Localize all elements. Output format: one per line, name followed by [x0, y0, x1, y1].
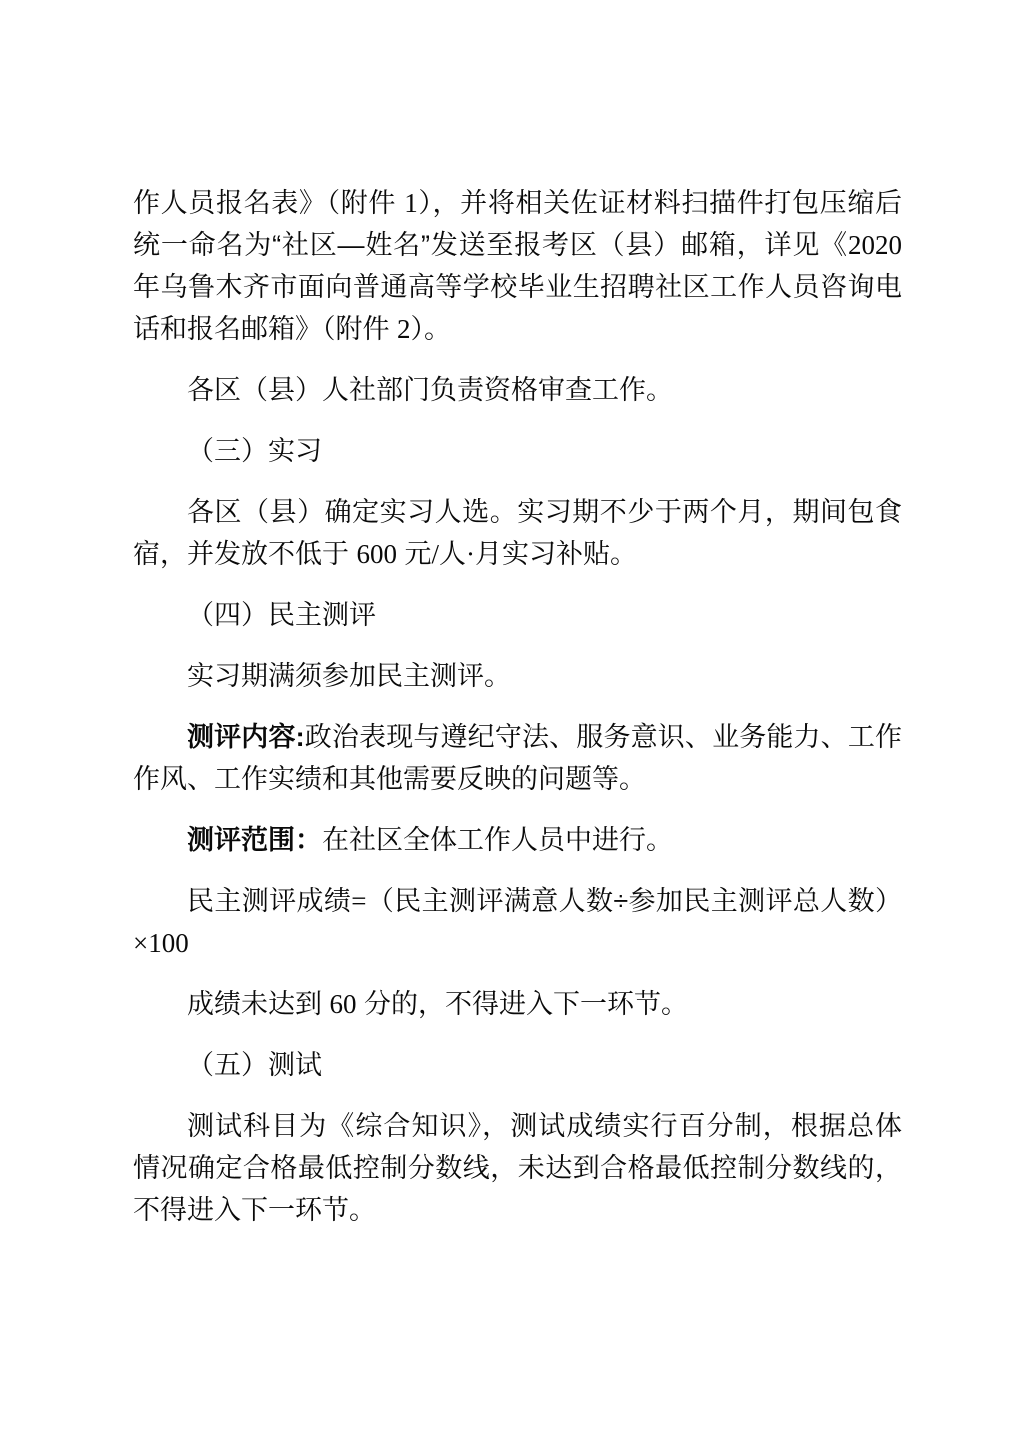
paragraph: 测评内容:政治表现与遵纪守法、服务意识、业务能力、工作作风、工作实绩和其他需要反… [133, 716, 902, 800]
text-run: 测试科目为《综合知识》，测试成绩实行百分制，根据总体情况确定合格最低控制分数线，… [133, 1111, 902, 1225]
text-run: 作人员报名表》（附件 1），并将相关佐证材料扫描件打包压缩后统一命名为“社区—姓… [133, 188, 902, 344]
document-body: 作人员报名表》（附件 1），并将相关佐证材料扫描件打包压缩后统一命名为“社区—姓… [133, 182, 902, 1231]
latin-text: 600 [357, 539, 398, 569]
latin-text: ×100 [133, 928, 189, 958]
latin-text: 1 [404, 188, 418, 218]
bold-label: 测评内容: [187, 722, 305, 752]
latin-text: · [466, 539, 475, 569]
paragraph: 测试科目为《综合知识》，测试成绩实行百分制，根据总体情况确定合格最低控制分数线，… [133, 1105, 902, 1231]
paragraph: 作人员报名表》（附件 1），并将相关佐证材料扫描件打包压缩后统一命名为“社区—姓… [133, 182, 902, 350]
paragraph: （五）测试 [133, 1044, 902, 1086]
text-run: 民主测评成绩=（民主测评满意人数÷参加民主测评总人数）×100 [133, 886, 902, 958]
text-run: （五）测试 [187, 1050, 322, 1080]
bold-label: 测评范围： [187, 825, 322, 855]
text-run: 各区（县）人社部门负责资格审查工作。 [187, 375, 673, 405]
paragraph: 测评范围：在社区全体工作人员中进行。 [133, 819, 902, 861]
paragraph: 各区（县）人社部门负责资格审查工作。 [133, 369, 902, 411]
text-run: （四）民主测评 [187, 600, 376, 630]
paragraph: 成绩未达到 60 分的，不得进入下一环节。 [133, 983, 902, 1025]
latin-text: 60 [330, 989, 357, 1019]
paragraph: 实习期满须参加民主测评。 [133, 655, 902, 697]
text-run: （三）实习 [187, 436, 322, 466]
latin-text: 2020 [848, 230, 902, 260]
latin-text: = [351, 886, 366, 916]
document-page: 作人员报名表》（附件 1），并将相关佐证材料扫描件打包压缩后统一命名为“社区—姓… [0, 0, 1024, 1448]
paragraph: 各区（县）确定实习人选。实习期不少于两个月，期间包食宿，并发放不低于 600 元… [133, 491, 902, 575]
text-run: 在社区全体工作人员中进行。 [322, 825, 673, 855]
paragraph: 民主测评成绩=（民主测评满意人数÷参加民主测评总人数）×100 [133, 880, 902, 964]
paragraph: （三）实习 [133, 430, 902, 472]
paragraph: （四）民主测评 [133, 594, 902, 636]
text-run: 实习期满须参加民主测评。 [187, 661, 511, 691]
latin-text: 2 [397, 314, 411, 344]
text-run: 各区（县）确定实习人选。实习期不少于两个月，期间包食宿，并发放不低于 600 元… [133, 497, 902, 569]
text-run: 成绩未达到 60 分的，不得进入下一环节。 [187, 989, 688, 1019]
latin-text: / [432, 539, 440, 569]
